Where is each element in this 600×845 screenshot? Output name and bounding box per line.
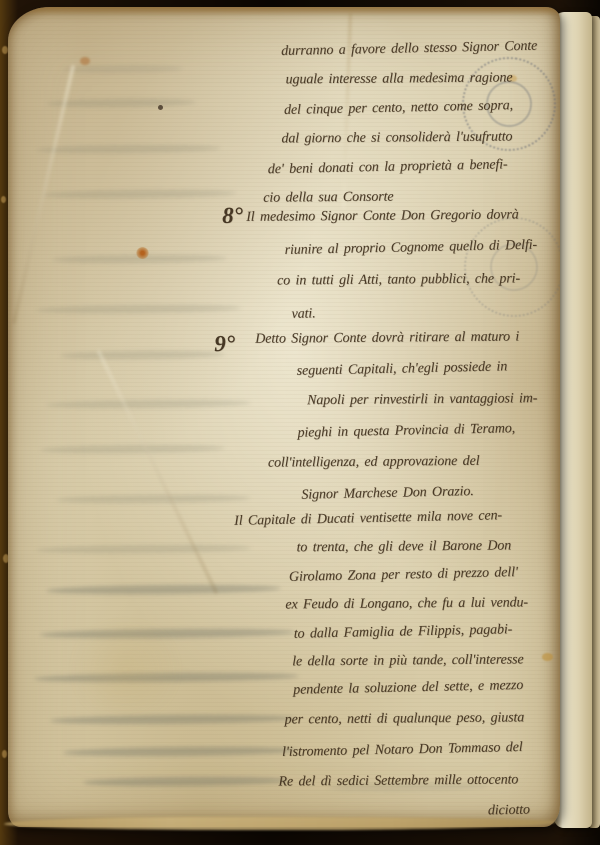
manuscript-line: riunire al proprio Cognome quello di Del…: [284, 230, 537, 267]
spine-fiber: [2, 750, 7, 758]
manuscript-line: l'istromento pel Notaro Don Tommaso del: [282, 732, 530, 768]
paragraph-article-8: 8° Il medesimo Signor Conte Don Gregorio…: [220, 199, 538, 331]
manuscript-line: Re del dì sedici Settembre mille ottocen…: [278, 764, 529, 797]
paragraph-intro: durranno a favore dello stesso Signor Co…: [220, 33, 540, 214]
manuscript-line: to dalla Famiglia de Filippis, pagabi-: [293, 616, 528, 649]
paragraph-article-9: 9° Detto Signor Conte dovrà ritirare al …: [220, 321, 539, 511]
manuscript-line: Girolamo Zona per resto di prezzo dell': [289, 559, 528, 592]
manuscript-line: ex Feudo di Longano, che fu a lui vendu-: [285, 589, 528, 620]
manuscript-line: coll'intelligenza, ed approvazione del: [268, 445, 539, 478]
manuscript-line: del cinque per cento, netto come sopra,: [284, 91, 539, 126]
manuscript-line: pendente la soluzione del sette, e mezzo: [293, 670, 529, 706]
manuscript-line: Il medesimo Signor Conte Don Gregorio do…: [246, 199, 537, 234]
manuscript-line: Napoli per rinvestirli in vantaggiosi im…: [307, 383, 538, 416]
spine-fiber: [1, 196, 6, 203]
manuscript-line: Detto Signor Conte dovrà ritirare al mat…: [255, 321, 537, 354]
deckle-edge: [4, 817, 556, 830]
manuscript-line: pieghi in questa Provincia di Teramo,: [297, 413, 538, 449]
manuscript-line: Il Capitale di Ducati ventisette mila no…: [234, 502, 527, 537]
manuscript-page: durranno a favore dello stesso Signor Co…: [8, 7, 560, 827]
manuscript-line: to trenta, che gli deve il Barone Don: [296, 532, 527, 563]
manuscript-line: dal giorno che si consoliderà l'usufrutt…: [281, 122, 538, 154]
manuscript-line: seguenti Capitali, ch'egli possiede in: [296, 351, 537, 387]
manuscript-line: de' beni donati con la proprietà a benef…: [268, 150, 540, 185]
paragraph-capital: Il Capitale di Ducati ventisette mila no…: [220, 503, 529, 678]
manuscript-line: co in tutti gli Atti, tanto pubblici, ch…: [277, 263, 538, 297]
manuscript-line: durranno a favore dello stesso Signor Co…: [281, 32, 538, 67]
article-number: 8°: [222, 203, 243, 229]
handwritten-text: durranno a favore dello stesso Signor Co…: [8, 7, 560, 827]
manuscript-line: per cento, netti di qualunque peso, gius…: [285, 702, 529, 735]
manuscript-line: uguale interesse alla medesima ragione: [285, 63, 537, 95]
article-number: 9°: [214, 331, 235, 357]
document-scan: durranno a favore dello stesso Signor Co…: [0, 0, 600, 845]
paragraph-interest: pendente la soluzione del sette, e mezzo…: [220, 671, 530, 827]
